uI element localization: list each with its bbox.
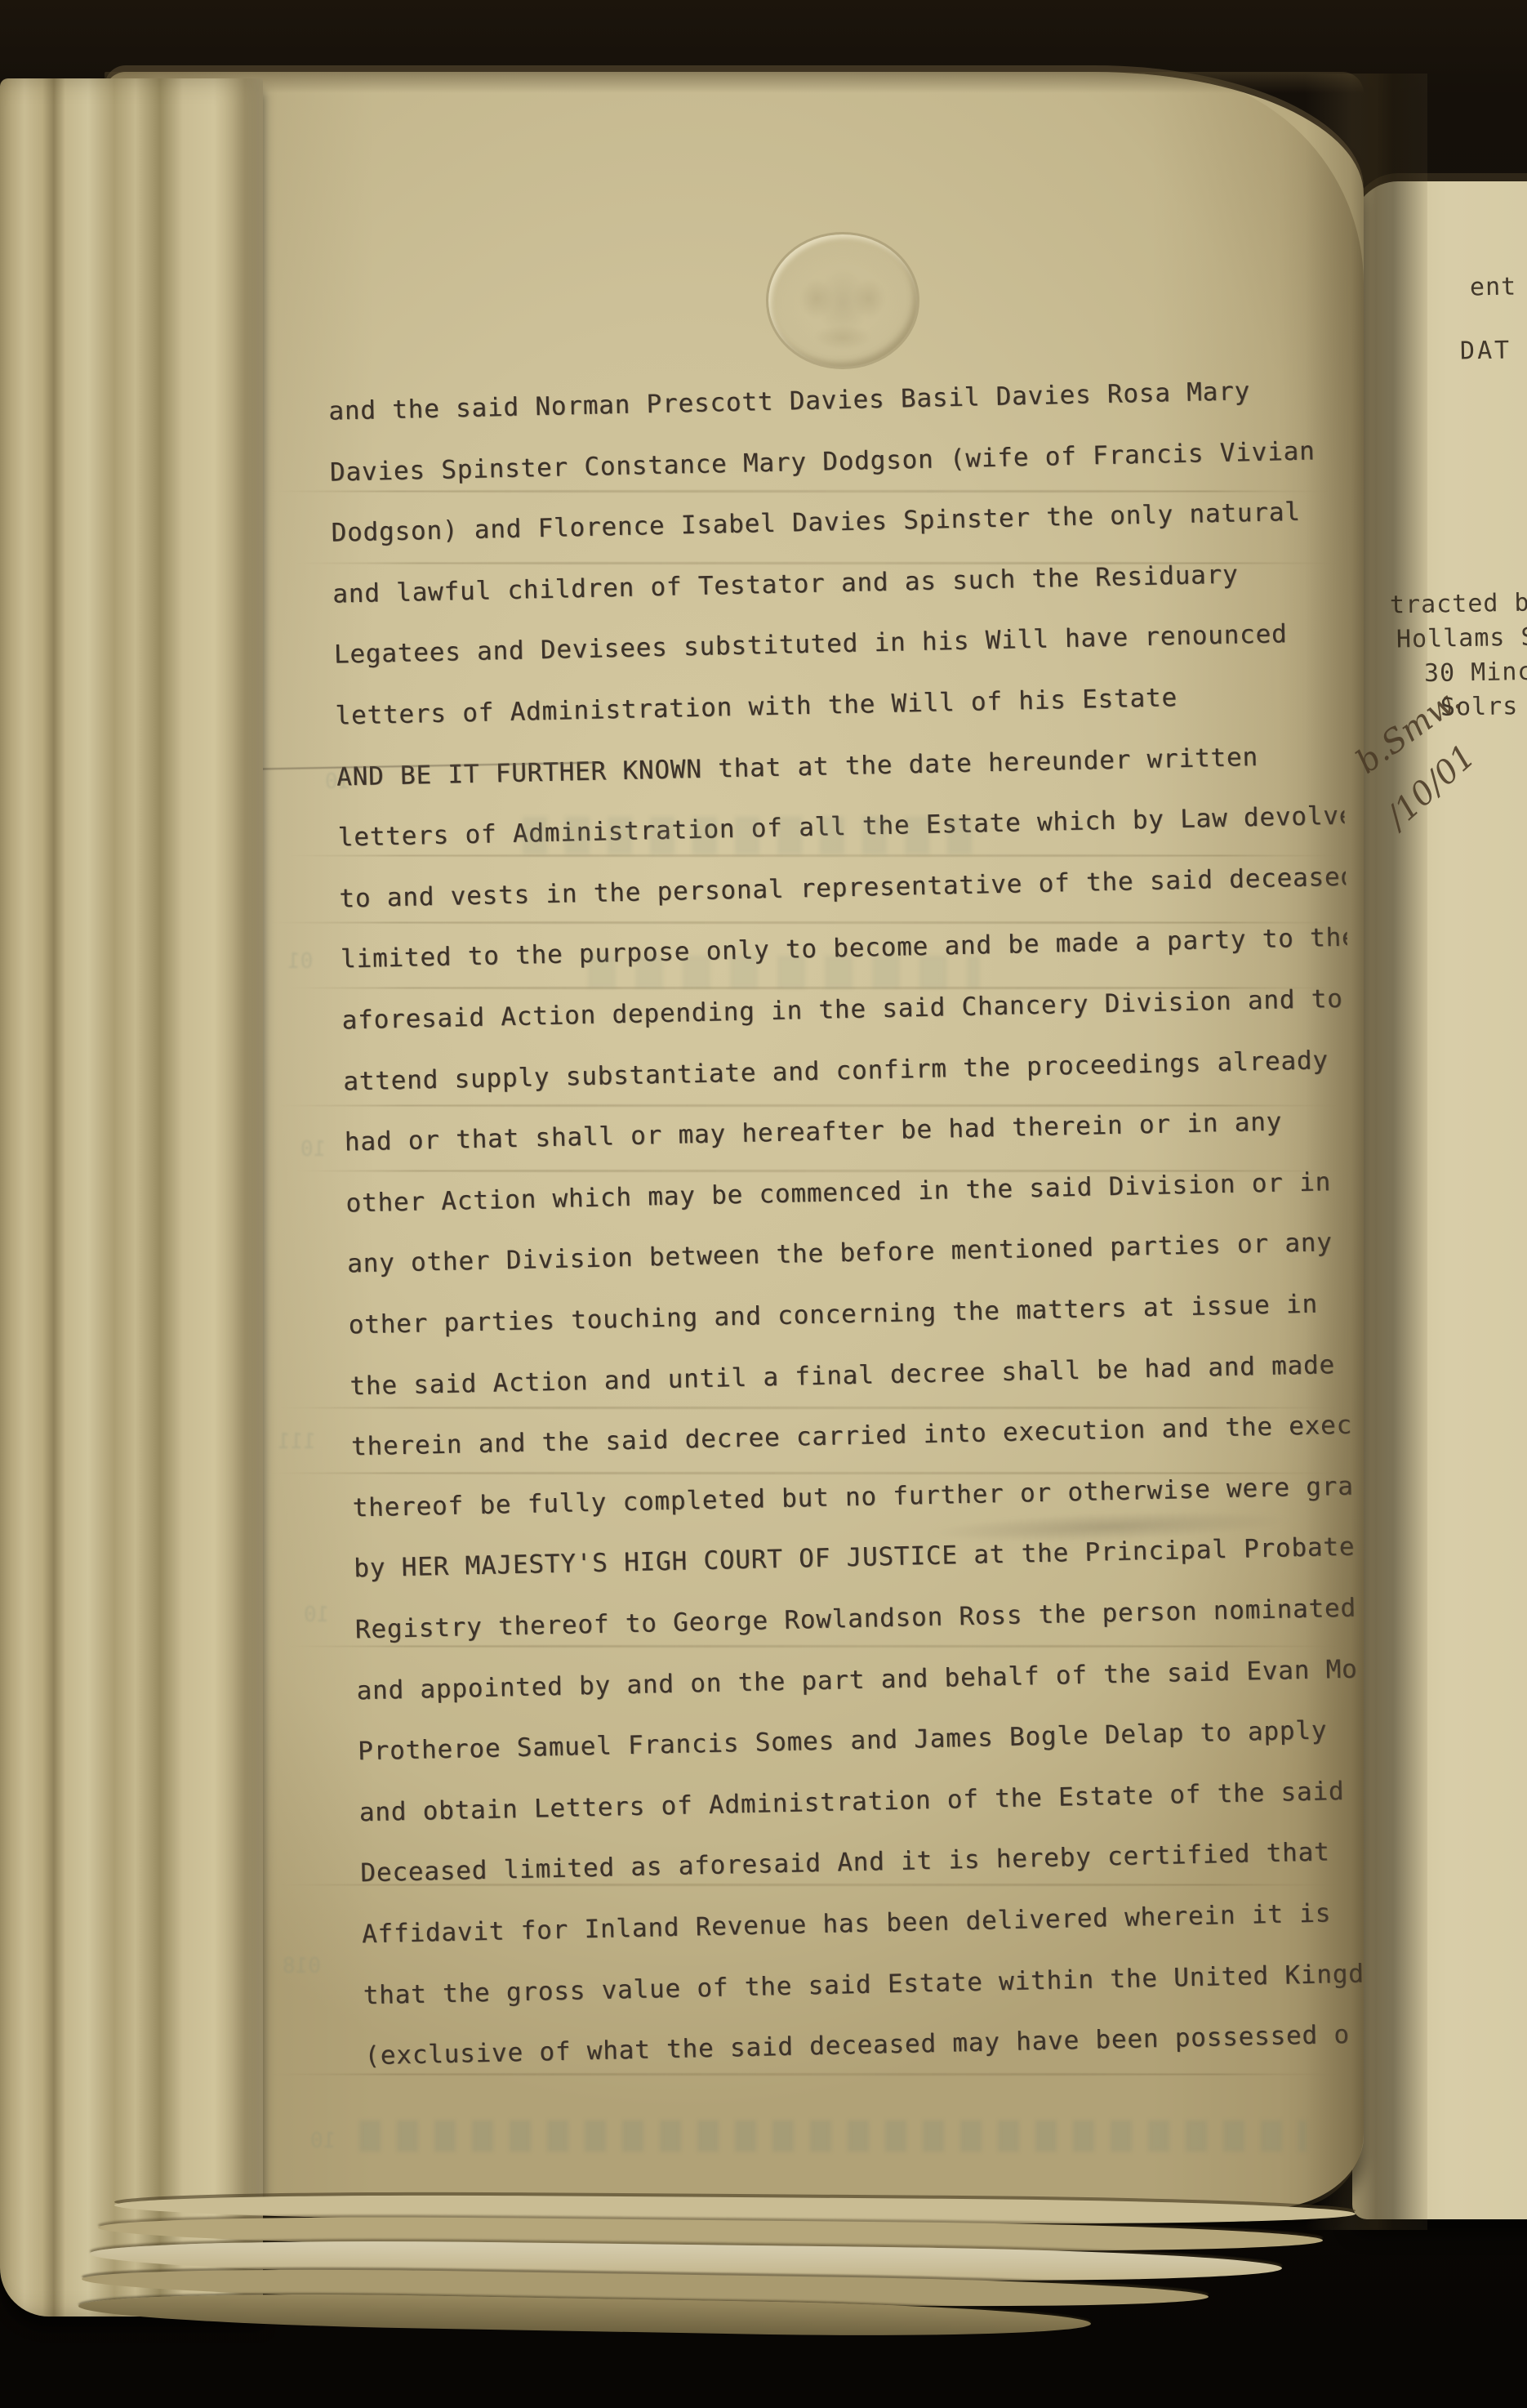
show-through-number: 10 — [304, 1603, 329, 1627]
bottom-sheet-edge — [90, 2237, 1282, 2285]
bottom-sheet-edge — [98, 2214, 1323, 2254]
typed-line: letters of Administration with the Will … — [335, 680, 1342, 731]
seal-crest — [796, 252, 889, 349]
extraction-note-line: Hollams S — [1396, 623, 1527, 654]
left-page-stack — [0, 78, 263, 2317]
typed-line: other parties touching and concerning th… — [348, 1289, 1355, 1340]
show-through-number: 018 — [283, 1954, 321, 1978]
typed-text-block: and the said Norman Prescott Davies Basi… — [328, 375, 1373, 2128]
right-page-fragment: ent — [1470, 273, 1517, 302]
typed-line: AND BE IT FURTHER KNOWN that at the date… — [336, 740, 1343, 792]
typed-line: and obtain Letters of Administration of … — [358, 1776, 1365, 1827]
typed-line: other Action which may be commenced in t… — [345, 1166, 1352, 1218]
typed-line: therein and the said decree carried into… — [351, 1411, 1358, 1462]
typed-line: by HER MAJESTY'S HIGH COURT OF JUSTICE a… — [354, 1532, 1360, 1584]
typed-line: (exclusive of what the said deceased may… — [364, 2020, 1371, 2071]
typed-line: Affidavit for Inland Revenue has been de… — [362, 1897, 1369, 1949]
extraction-note-line: tracted b — [1390, 589, 1527, 620]
typed-line: Deceased limited as aforesaid And it is … — [360, 1837, 1367, 1888]
typed-line: had or that shall or may hereafter be ha… — [345, 1106, 1351, 1157]
show-through-number: 111 — [278, 1429, 316, 1454]
extraction-note-line: 30 Minc — [1424, 658, 1527, 688]
typed-line: Davies Spinster Constance Mary Dodgson (… — [330, 435, 1337, 487]
typed-line: letters of Administration of all the Est… — [337, 801, 1344, 853]
typed-line: Protheroe Samuel Francis Somes and James… — [358, 1715, 1365, 1767]
typed-line: Legatees and Devisees substituted in his… — [334, 618, 1341, 670]
show-through-number: 10 — [301, 1137, 326, 1162]
typed-line: Dodgson) and Florence Isabel Davies Spin… — [331, 497, 1338, 548]
book-photo: ent DAT tracted b Hollams S 30 Minc Solr… — [0, 0, 1527, 2408]
typed-line: the said Action and until a final decree… — [349, 1349, 1356, 1401]
typed-line: to and vests in the personal representat… — [339, 862, 1346, 913]
typed-line: any other Division between the before me… — [347, 1228, 1354, 1279]
right-page-fragment: DAT — [1460, 336, 1512, 365]
typed-line: limited to the purpose only to become an… — [341, 923, 1347, 974]
typed-line: and appointed by and on the part and beh… — [356, 1654, 1363, 1706]
show-through-number: 10 — [325, 769, 350, 794]
typed-line: that the gross value of the said Estate … — [363, 1959, 1369, 2010]
show-through-number: 10 — [310, 2129, 336, 2153]
embossed-seal — [766, 232, 919, 369]
typed-line: and lawful children of Testator and as s… — [332, 558, 1339, 609]
right-page: ent DAT tracted b Hollams S 30 Minc Solr… — [1352, 181, 1527, 2219]
typed-line: aforesaid Action depending in the said C… — [341, 984, 1348, 1036]
show-through-number: 01 — [287, 949, 313, 974]
typed-line: Registry thereof to George Rowlandson Ro… — [355, 1593, 1362, 1644]
typed-line: attend supply substantiate and confirm t… — [343, 1045, 1350, 1096]
